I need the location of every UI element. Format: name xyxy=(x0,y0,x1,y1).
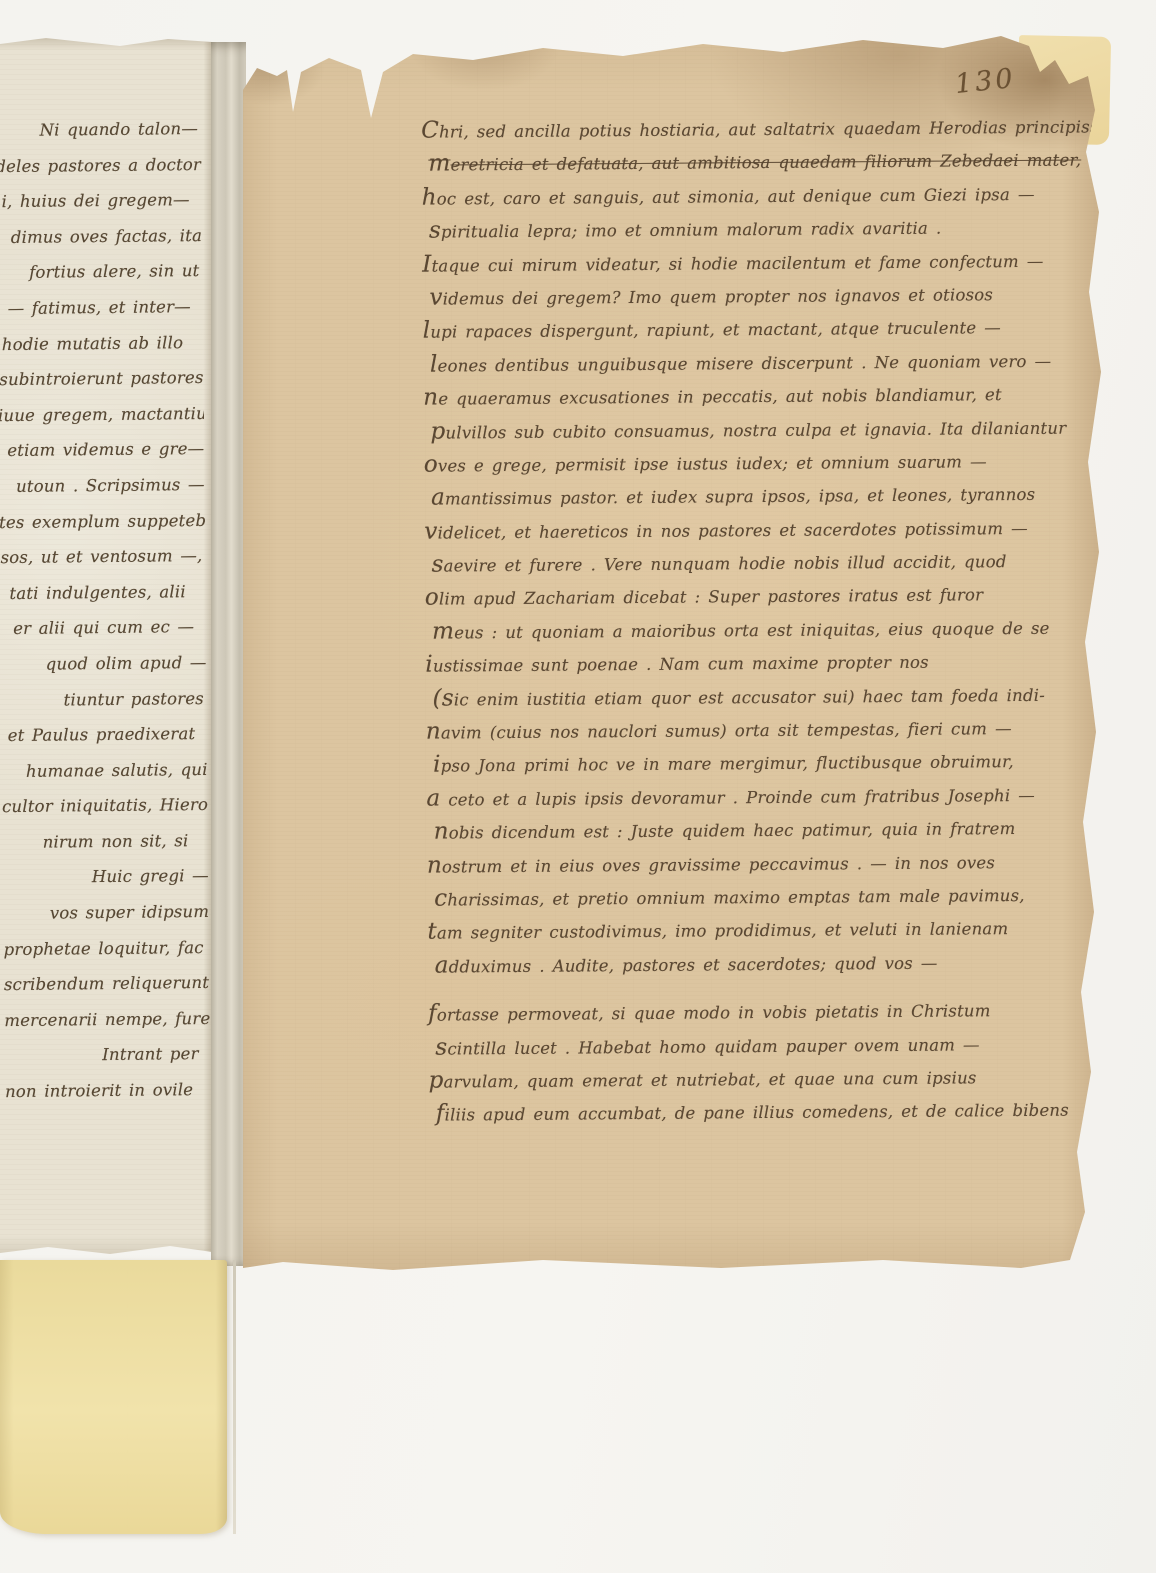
handwritten-line-fragment: dimus oves factas, ita xyxy=(0,218,202,256)
handwritten-line: parvulam, quam emerat et nutriebat, et q… xyxy=(428,1059,1104,1098)
handwritten-line-fragment: humanae salutis, qui xyxy=(1,752,207,790)
left-page-text-column: Ni quando talon—deles pastores a doctore… xyxy=(0,111,217,1110)
handwritten-line-fragment: etiam videmus e gre— xyxy=(0,431,205,469)
handwritten-line: spiritualia lepra; imo et omnium malorum… xyxy=(429,210,1098,249)
handwritten-line: hoc est, caro et sanguis, aut simonia, a… xyxy=(422,176,1098,215)
page-number: 130 xyxy=(954,63,1017,100)
handwritten-line: adduximus . Audite, pastores et sacerdot… xyxy=(435,944,1104,983)
handwritten-line-fragment: tes exemplum suppetebat xyxy=(0,502,205,540)
handwritten-line: ne quaeramus excusationes in peccatis, a… xyxy=(423,376,1099,415)
handwritten-line: charissimas, et pretio omnium maximo emp… xyxy=(434,877,1103,916)
handwritten-line: nostrum et in eius oves gravissime pecca… xyxy=(427,844,1103,883)
handwritten-line-fragment: i, huius dei gregem— xyxy=(0,182,202,220)
handwritten-line: navim (cuius nos nauclori sumus) orta si… xyxy=(426,710,1102,749)
page-gap-shadow xyxy=(233,1260,236,1534)
handwritten-line-fragment: quod olim apud — xyxy=(0,645,206,683)
binding-guard-strip xyxy=(211,42,246,1266)
handwritten-line: Chri, sed ancilla potius hostiaria, aut … xyxy=(421,109,1097,148)
handwritten-line: olim apud Zachariam dicebat : Super past… xyxy=(425,577,1101,616)
handwritten-line-fragment: vos super idipsum xyxy=(3,894,209,932)
handwritten-line: a ceto et a lupis ipsis devoramur . Proi… xyxy=(426,777,1102,816)
handwritten-line-fragment: tati indulgentes, alii xyxy=(0,574,206,612)
handwritten-line: meretricia et defatuata, aut ambitiosa q… xyxy=(428,143,1097,182)
handwritten-line-fragment: Ni quando talon— xyxy=(0,111,201,149)
handwritten-line: nobis dicendum est : Juste quidem haec p… xyxy=(434,811,1103,850)
handwritten-line: scintilla lucet . Habebat homo quidam pa… xyxy=(435,1026,1104,1065)
handwritten-line-fragment: utoun . Scripsimus — xyxy=(0,467,205,505)
handwritten-line-fragment: Huic gregi — xyxy=(3,858,209,896)
handwritten-line: leones dentibus unguibusque misere disce… xyxy=(430,343,1099,382)
handwritten-line-fragment: er alii qui cum ec — xyxy=(0,609,206,647)
handwritten-line: Itaque cui mirum videatur, si hodie maci… xyxy=(422,243,1098,282)
handwritten-line: videlicet, et haereticos in nos pastores… xyxy=(424,510,1100,549)
handwritten-line-fragment: sos, ut et ventosum —, xyxy=(0,538,206,576)
handwritten-line-fragment: scribendum reliquerunt . xyxy=(4,965,210,1003)
handwritten-line-fragment: nirum non sit, si xyxy=(2,823,208,861)
handwritten-line-fragment: mercenarii nempe, fures, xyxy=(4,1001,210,1039)
left-page: Ni quando talon—deles pastores a doctore… xyxy=(0,36,212,1260)
handwritten-line: saevire et furere . Vere nunquam hodie n… xyxy=(431,543,1100,582)
handwritten-line: lupi rapaces dispergunt, rapiunt, et mac… xyxy=(423,310,1099,349)
handwritten-line-fragment: — fatimus, et inter— xyxy=(0,289,203,327)
handwritten-line-fragment: cultor iniquitatis, Hieroba xyxy=(2,787,208,825)
handwritten-line-fragment: et Paulus praedixerat xyxy=(1,716,207,754)
main-page: 130 Chri, sed ancilla potius hostiaria, … xyxy=(243,30,1105,1272)
handwritten-line: meus : ut quoniam a maioribus orta est i… xyxy=(432,610,1101,649)
handwritten-line: (sic enim iustitia etiam quor est accusa… xyxy=(432,677,1101,716)
handwritten-line: oves e grege, permisit ipse iustus iudex… xyxy=(424,443,1100,482)
handwritten-line: fortasse permoveat, si quae modo in vobi… xyxy=(428,992,1104,1031)
handwritten-line: iustissimae sunt poenae . Nam cum maxime… xyxy=(425,644,1101,683)
handwritten-line-fragment: non introierit in ovile xyxy=(5,1072,211,1110)
handwritten-line: tam segniter custodivimus, imo prodidimu… xyxy=(427,911,1103,950)
handwritten-line: filiis apud eum accumbat, de pane illius… xyxy=(436,1093,1105,1132)
handwritten-line-fragment: prophetae loquitur, fac xyxy=(3,930,209,968)
handwritten-line: videmus dei gregem? Imo quem propter nos… xyxy=(429,276,1098,315)
handwritten-line: amantissimus pastor. et iudex supra ipso… xyxy=(431,477,1100,516)
handwritten-line-fragment: subintroierunt pastores xyxy=(0,360,204,398)
handwritten-line-fragment: iuue gregem, mactantium, xyxy=(0,396,204,434)
handwritten-line: ipso Jona primi hoc ve in mare mergimur,… xyxy=(433,744,1102,783)
handwritten-line-fragment: Intrant per xyxy=(4,1036,210,1074)
handwritten-line-fragment: fortius alere, sin ut xyxy=(0,253,203,291)
handwritten-line-fragment: deles pastores a doctores, xyxy=(0,147,202,185)
handwritten-line-fragment: hodie mutatis ab illo xyxy=(0,325,203,363)
main-text-block: Chri, sed ancilla potius hostiaria, aut … xyxy=(421,109,1105,1131)
yellow-insert-leaf xyxy=(0,1260,227,1534)
handwritten-line: pulvillos sub cubito consuamus, nostra c… xyxy=(430,410,1099,449)
handwritten-line-fragment: tiuntur pastores xyxy=(1,680,207,718)
manuscript-scan: Ni quando talon—deles pastores a doctore… xyxy=(0,0,1156,1573)
